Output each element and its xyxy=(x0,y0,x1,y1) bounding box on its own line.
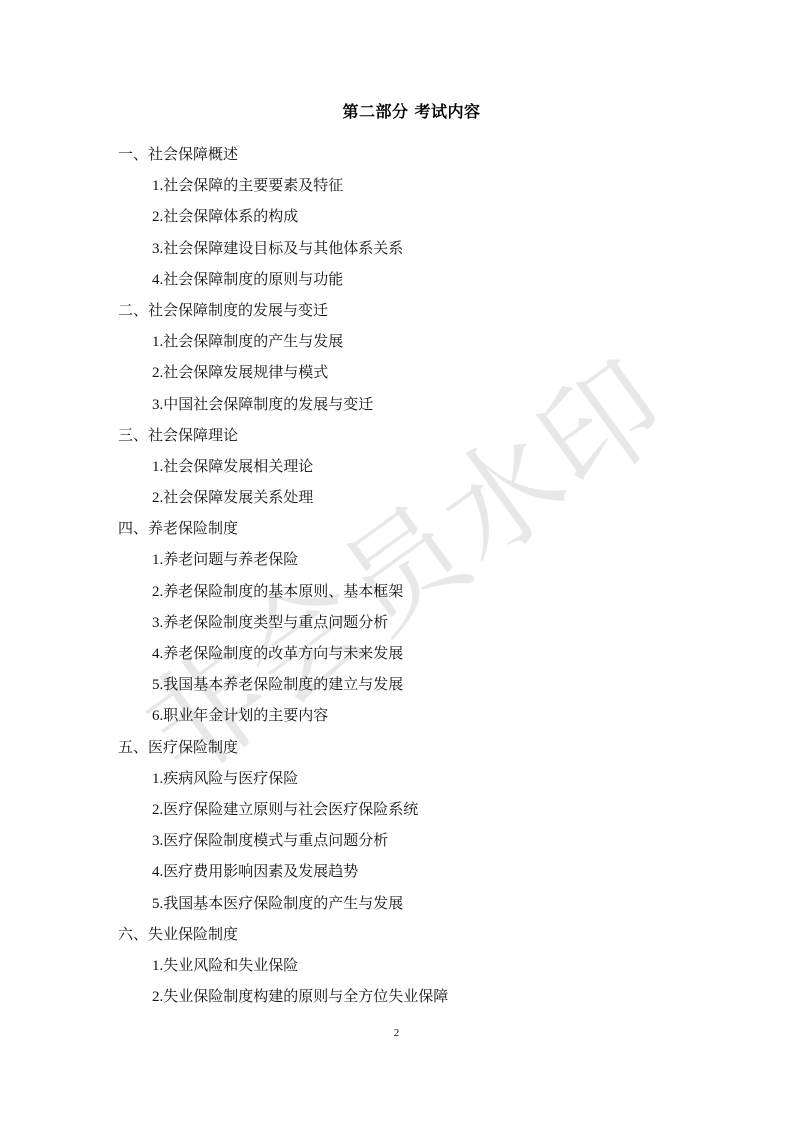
item-text: 职业年金计划的主要内容 xyxy=(163,706,328,724)
item-number: 6. xyxy=(152,708,163,724)
item-number: 1. xyxy=(152,459,163,475)
item-text: 社会保障制度的产生与发展 xyxy=(163,332,343,350)
list-item: 2.社会保障发展关系处理 xyxy=(118,485,678,516)
item-text: 疾病风险与医疗保险 xyxy=(163,769,298,787)
section-heading: 一、社会保障概述 xyxy=(118,142,678,173)
exam-content-outline: 一、社会保障概述 1.社会保障的主要要素及特征 2.社会保障体系的构成 3.社会… xyxy=(118,142,678,1015)
page-number: 2 xyxy=(0,1027,793,1039)
item-number: 3. xyxy=(152,241,163,257)
page-content: 第二部分 考试内容 一、社会保障概述 1.社会保障的主要要素及特征 2.社会保障… xyxy=(0,0,793,1122)
item-text: 医疗费用影响因素及发展趋势 xyxy=(163,862,358,880)
list-item: 1.养老问题与养老保险 xyxy=(118,547,678,578)
item-number: 4. xyxy=(152,646,163,662)
item-text: 社会保障发展相关理论 xyxy=(163,457,313,475)
item-number: 4. xyxy=(152,864,163,880)
item-number: 2. xyxy=(152,989,163,1005)
section-heading: 六、失业保险制度 xyxy=(118,922,678,953)
section-heading: 二、社会保障制度的发展与变迁 xyxy=(118,298,678,329)
list-item: 4.医疗费用影响因素及发展趋势 xyxy=(118,859,678,890)
item-text: 失业保险制度构建的原则与全方位失业保障 xyxy=(163,987,448,1005)
item-number: 2. xyxy=(152,365,163,381)
list-item: 5.我国基本医疗保险制度的产生与发展 xyxy=(118,891,678,922)
list-item: 1.社会保障的主要要素及特征 xyxy=(118,173,678,204)
item-text: 社会保障发展规律与模式 xyxy=(163,363,328,381)
list-item: 1.失业风险和失业保险 xyxy=(118,953,678,984)
item-text: 养老问题与养老保险 xyxy=(163,550,298,568)
list-item: 3.社会保障建设目标及与其他体系关系 xyxy=(118,236,678,267)
section-heading: 四、养老保险制度 xyxy=(118,516,678,547)
list-item: 2.失业保险制度构建的原则与全方位失业保障 xyxy=(118,984,678,1015)
item-number: 1. xyxy=(152,334,163,350)
list-item: 1.社会保障发展相关理论 xyxy=(118,454,678,485)
item-text: 医疗保险建立原则与社会医疗保险系统 xyxy=(163,800,418,818)
item-number: 1. xyxy=(152,552,163,568)
document-page: 非会员水印 第二部分 考试内容 一、社会保障概述 1.社会保障的主要要素及特征 … xyxy=(0,0,793,1122)
item-text: 我国基本医疗保险制度的产生与发展 xyxy=(163,894,403,912)
item-text: 社会保障的主要要素及特征 xyxy=(163,176,343,194)
item-number: 5. xyxy=(152,677,163,693)
list-item: 3.医疗保险制度模式与重点问题分析 xyxy=(118,828,678,859)
list-item: 3.中国社会保障制度的发展与变迁 xyxy=(118,392,678,423)
item-number: 1. xyxy=(152,178,163,194)
list-item: 2.社会保障发展规律与模式 xyxy=(118,360,678,391)
list-item: 2.养老保险制度的基本原则、基本框架 xyxy=(118,579,678,610)
item-text: 社会保障发展关系处理 xyxy=(163,488,313,506)
item-text: 医疗保险制度模式与重点问题分析 xyxy=(163,831,388,849)
section-heading: 三、社会保障理论 xyxy=(118,423,678,454)
page-title: 第二部分 考试内容 xyxy=(0,99,793,122)
item-text: 社会保障制度的原则与功能 xyxy=(163,270,343,288)
item-text: 社会保障体系的构成 xyxy=(163,207,298,225)
item-number: 4. xyxy=(152,272,163,288)
list-item: 6.职业年金计划的主要内容 xyxy=(118,703,678,734)
item-text: 失业风险和失业保险 xyxy=(163,956,298,974)
list-item: 4.养老保险制度的改革方向与未来发展 xyxy=(118,641,678,672)
item-text: 我国基本养老保险制度的建立与发展 xyxy=(163,675,403,693)
item-number: 5. xyxy=(152,896,163,912)
item-number: 3. xyxy=(152,615,163,631)
item-text: 养老保险制度的基本原则、基本框架 xyxy=(163,582,403,600)
item-number: 2. xyxy=(152,209,163,225)
item-number: 1. xyxy=(152,958,163,974)
list-item: 2.社会保障体系的构成 xyxy=(118,204,678,235)
item-number: 1. xyxy=(152,771,163,787)
item-number: 2. xyxy=(152,584,163,600)
item-text: 中国社会保障制度的发展与变迁 xyxy=(163,395,373,413)
item-number: 2. xyxy=(152,802,163,818)
item-number: 3. xyxy=(152,833,163,849)
list-item: 2.医疗保险建立原则与社会医疗保险系统 xyxy=(118,797,678,828)
item-text: 社会保障建设目标及与其他体系关系 xyxy=(163,239,403,257)
item-number: 3. xyxy=(152,397,163,413)
list-item: 4.社会保障制度的原则与功能 xyxy=(118,267,678,298)
list-item: 5.我国基本养老保险制度的建立与发展 xyxy=(118,672,678,703)
list-item: 1.疾病风险与医疗保险 xyxy=(118,766,678,797)
item-text: 养老保险制度类型与重点问题分析 xyxy=(163,613,388,631)
item-text: 养老保险制度的改革方向与未来发展 xyxy=(163,644,403,662)
list-item: 1.社会保障制度的产生与发展 xyxy=(118,329,678,360)
item-number: 2. xyxy=(152,490,163,506)
list-item: 3.养老保险制度类型与重点问题分析 xyxy=(118,610,678,641)
section-heading: 五、医疗保险制度 xyxy=(118,735,678,766)
